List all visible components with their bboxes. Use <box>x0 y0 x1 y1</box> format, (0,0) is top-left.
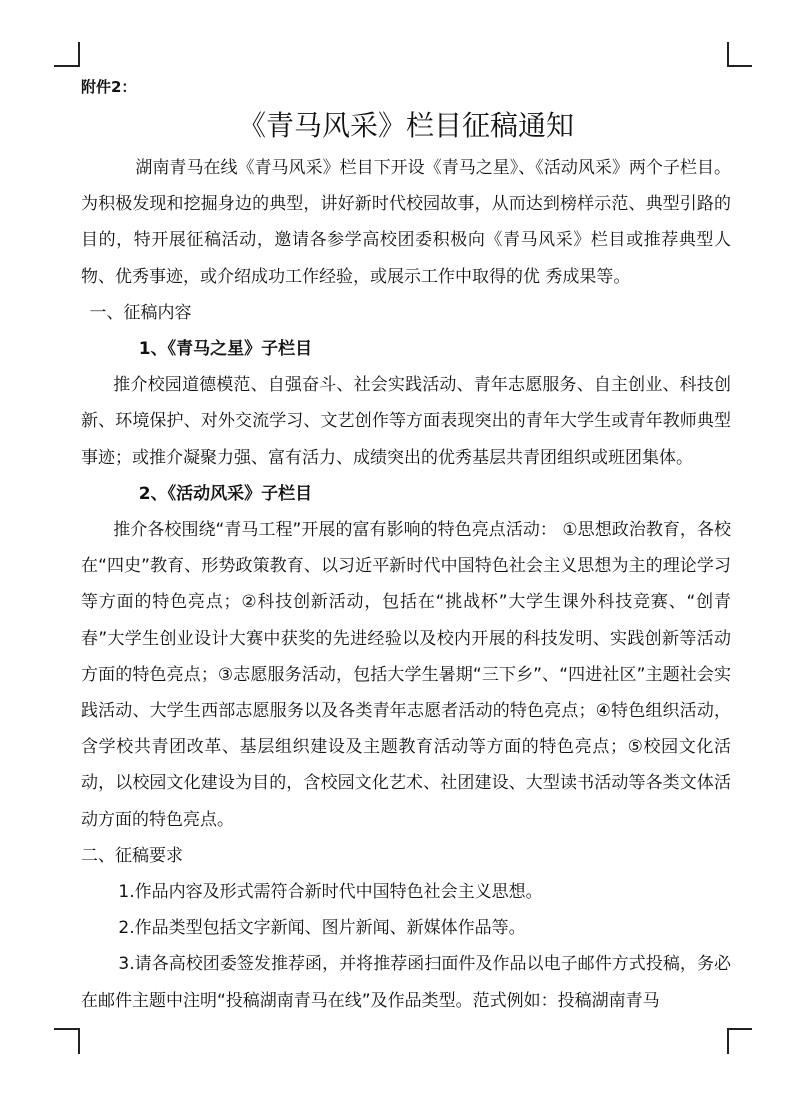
section-heading-content: 一、征稿内容 <box>81 295 731 331</box>
corner-mark-bottom-right-h <box>727 1028 752 1030</box>
requirement-item: 2.作品类型包括文字新闻、图片新闻、新媒体作品等。 <box>81 910 731 946</box>
corner-mark-bottom-left-h <box>54 1028 79 1030</box>
section-heading-requirements: 二、征稿要求 <box>81 838 731 874</box>
corner-mark-top-left-v <box>78 42 80 67</box>
subsection-body-activity: 推介各校围绕“青马工程”开展的富有影响的特色亮点活动： ①思想政治教育，各校在“… <box>81 512 731 838</box>
corner-mark-bottom-left-v <box>78 1028 80 1054</box>
requirement-item: 3.请各高校团委签发推荐函，并将推荐函扫面件及作品以电子邮件方式投稿，务必在邮件… <box>81 946 731 1018</box>
subsection-body-qingma-star: 推介校园道德模范、自强奋斗、社会实践活动、青年志愿服务、自主创业、科技创新、环境… <box>81 367 731 476</box>
subsection-heading-activity: 2、《活动风采》子栏目 <box>81 476 731 512</box>
document-title: 《青马风采》栏目征稿通知 <box>81 104 731 150</box>
intro-paragraph: 湖南青马在线《青马风采》栏目下开设《青马之星》、《活动风采》两个子栏目。为积极发… <box>81 150 731 295</box>
corner-mark-top-right-v <box>727 42 729 67</box>
subsection-heading-qingma-star: 1、《青马之星》子栏目 <box>81 331 731 367</box>
corner-mark-top-right-h <box>727 65 752 67</box>
corner-mark-top-left-h <box>54 65 79 67</box>
attachment-label: 附件2： <box>81 74 731 100</box>
document-page: 附件2： 《青马风采》栏目征稿通知 湖南青马在线《青马风采》栏目下开设《青马之星… <box>81 74 731 1019</box>
corner-mark-bottom-right-v <box>727 1028 729 1054</box>
requirement-item: 1.作品内容及形式需符合新时代中国特色社会主义思想。 <box>81 874 731 910</box>
